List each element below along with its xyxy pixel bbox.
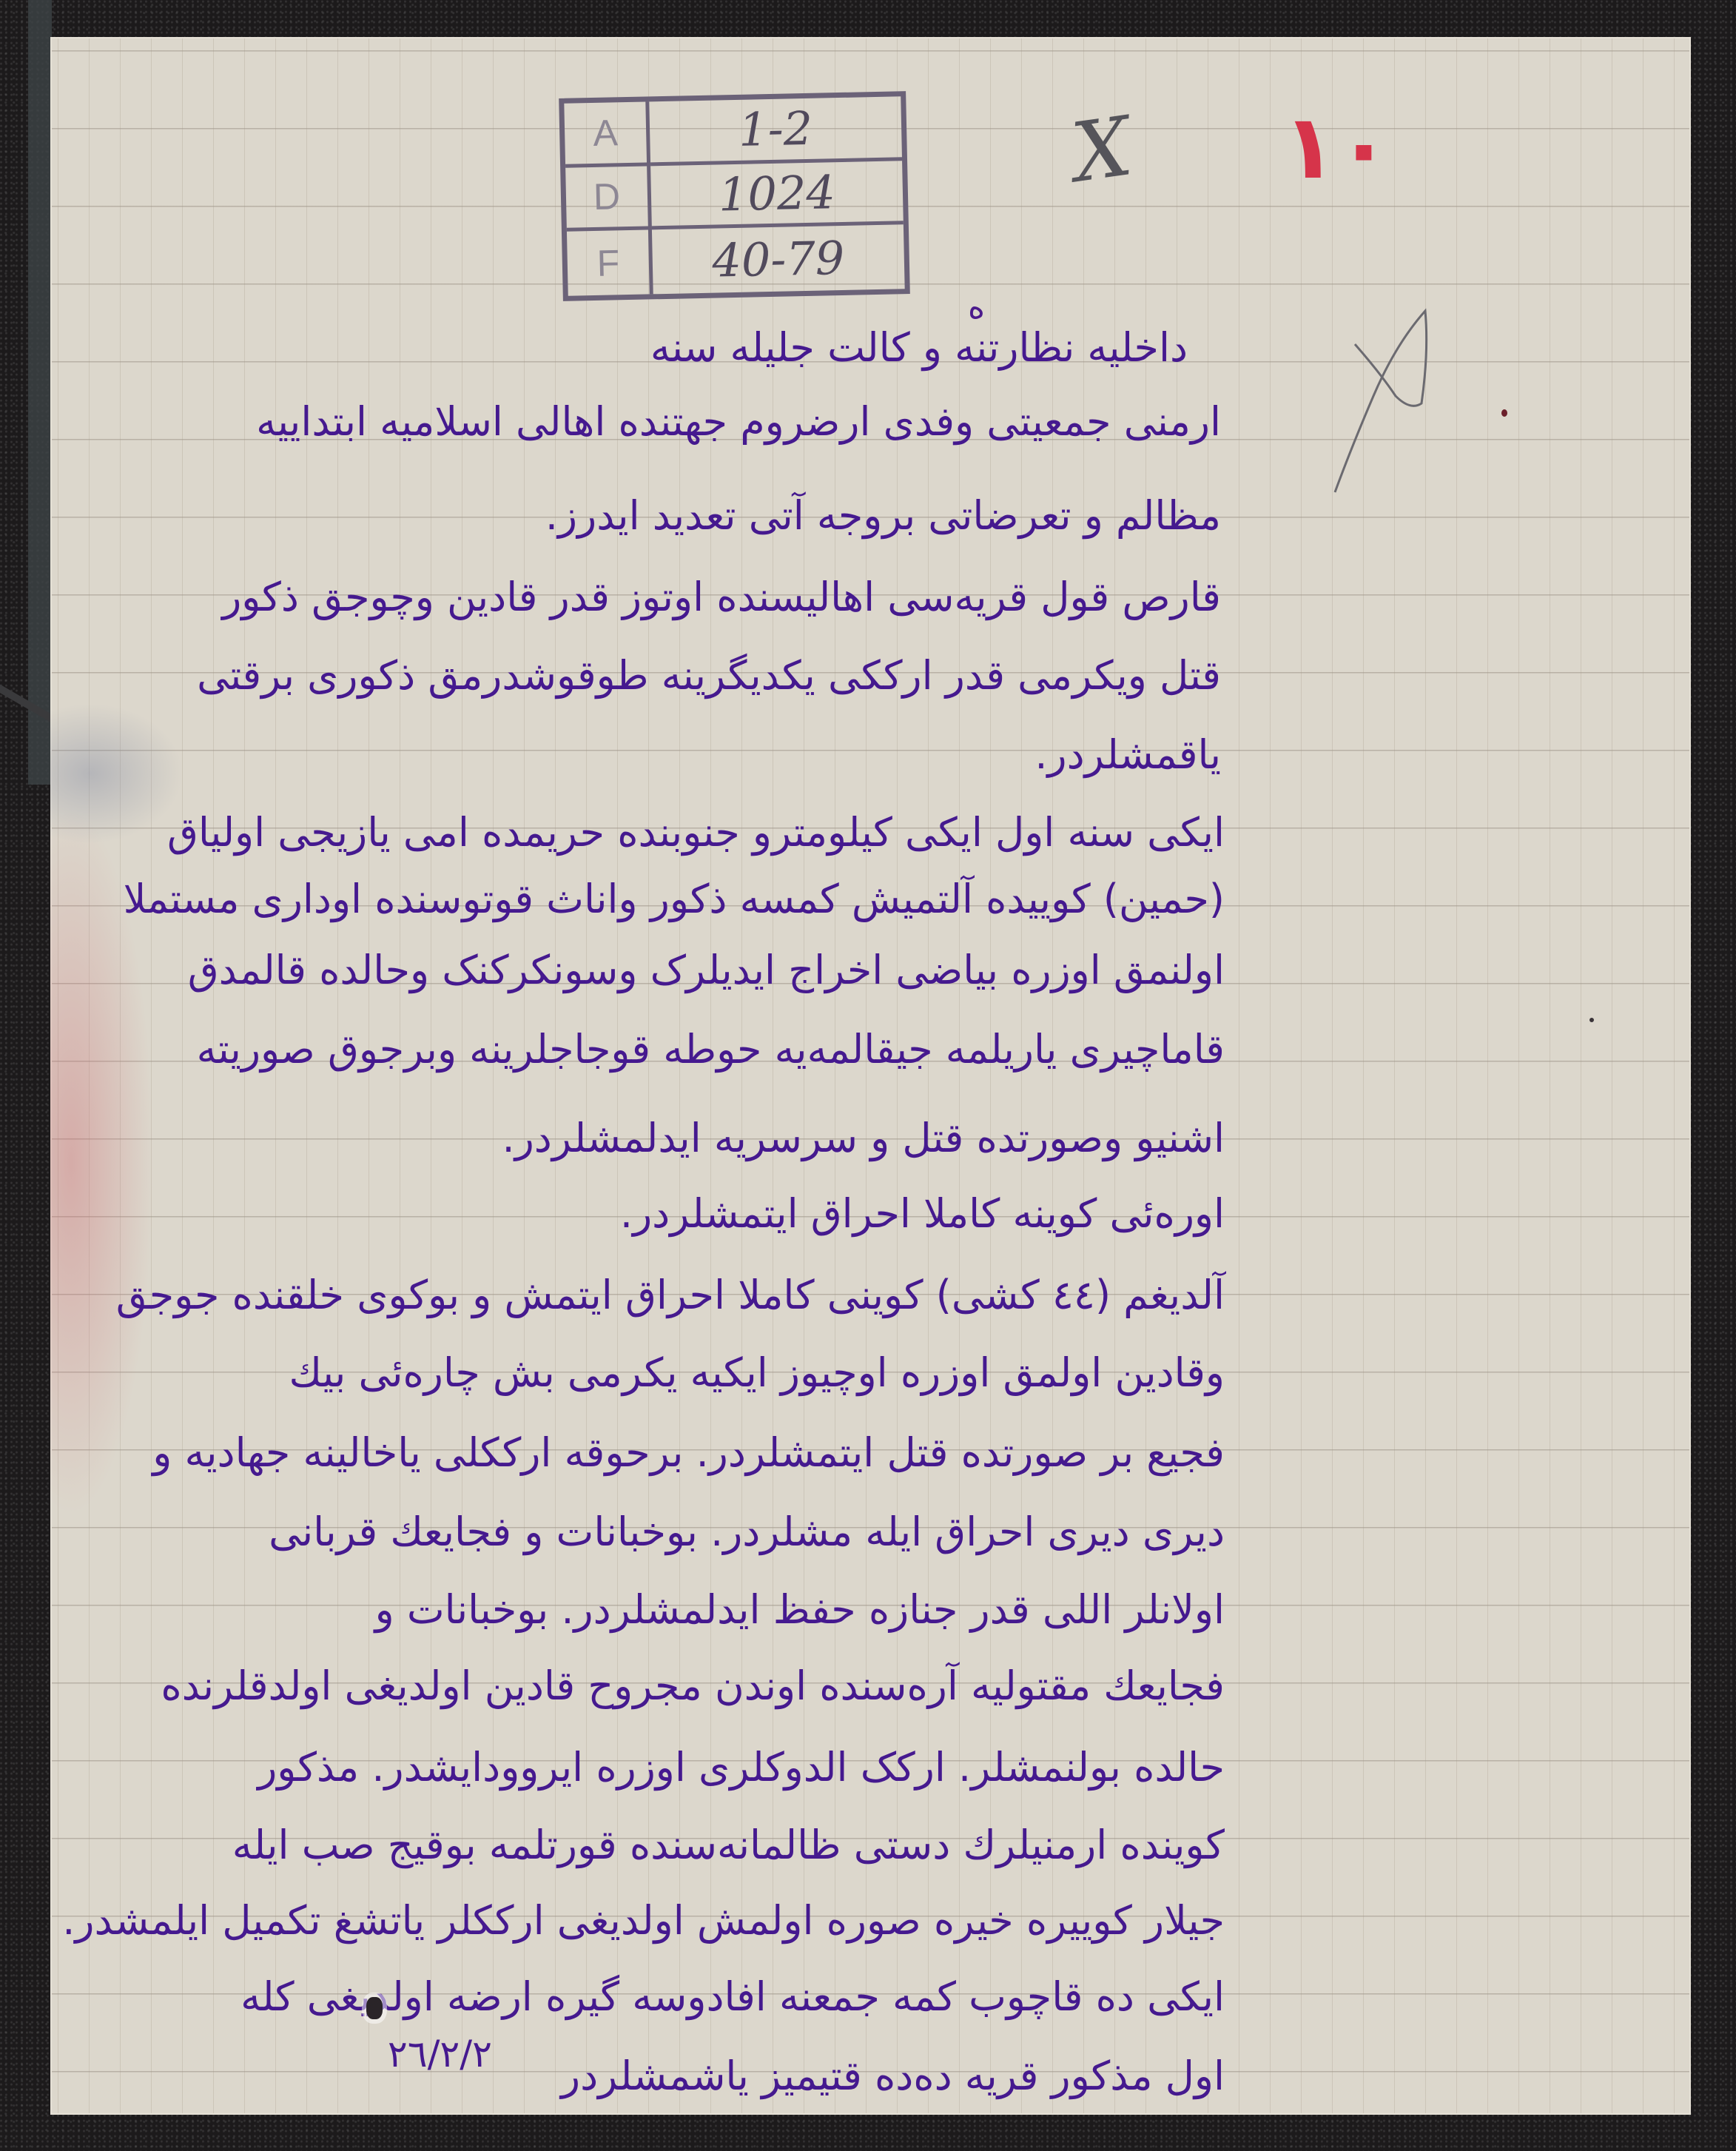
- item-4-line-11: اول مذکور قریه ده‌ده قتیمیز یاشمشلردر: [561, 2050, 1225, 2102]
- small-mark: ه: [968, 289, 985, 326]
- stamp-value-f: 40-79: [652, 225, 905, 295]
- stamp-value-d: 1024: [650, 161, 904, 230]
- item-4-line-5: اولانلر اللی قدر جنازه حفظ ایدلمشلردر. ب…: [375, 1584, 1225, 1636]
- item-2-line-3: اولنمق اوزره بیاضی اخراج ایدیلرک وسونکرک…: [188, 944, 1225, 996]
- item-1-line-3: یاقمشلردر.: [1034, 729, 1221, 781]
- document-date: ٢٦/٢/٢: [388, 2028, 492, 2080]
- item-2-line-4: قاماچیری یاریلمه جیقالمه‌یه حوطه قوجاجلر…: [197, 1024, 1225, 1075]
- stamp-value-a: 1-2: [649, 96, 902, 166]
- ink-dot: [1589, 1018, 1594, 1022]
- item-4-line-2: وقادین اولمق اوزره اوچیوز ایکیه یکرمی بش…: [289, 1347, 1225, 1399]
- item-4-line-6: فجایعك مقتولیه آره‌سنده اوندن مجروح قادی…: [161, 1660, 1225, 1712]
- salutation: داخلیه نظارتنه و کالت جلیله سنه: [650, 322, 1188, 374]
- intro-line-1: ارمنی جمعیتی وفدی ارضروم جهتنده اهالی اس…: [256, 396, 1221, 448]
- item-2-line-5: اشنیو وصورتده قتل و سرسریه ایدلمشلردر.: [502, 1113, 1225, 1164]
- pencil-x-mark: X: [1066, 98, 1137, 201]
- pencil-check-icon: [1329, 300, 1462, 500]
- item-4-line-9: جیلار کوییره خیره صوره اولمش اولدیغی ارک…: [62, 1895, 1225, 1947]
- item-2-line-1: ایکی سنه اول ایکی کیلومترو جنوبنده حریمد…: [167, 807, 1225, 859]
- ink-dot: [1501, 409, 1507, 417]
- item-4-line-8: کوینده ارمنیلرك دستی ظالمانه‌سنده قورتلم…: [232, 1819, 1225, 1871]
- item-1-line-2: قتل ویکرمی قدر ارککی یکدیگرینه طوقوشدرمق…: [197, 650, 1221, 702]
- document-page: A 1-2 D 1024 F 40-79 X ١٠ ه داخلیه نظارت…: [50, 37, 1691, 2115]
- item-3-line-1: اوره‌ئی کوینه کاملا احراق ایتمشلردر.: [620, 1188, 1225, 1240]
- item-2-line-2: (حمین) کوییده آلتمیش کمسه ذکور واناث قوت…: [124, 873, 1225, 925]
- stamp-key-a: A: [564, 101, 650, 167]
- item-4-line-3: فجیع بر صورتده قتل ایتمشلردر. برحوقه ارک…: [152, 1427, 1225, 1479]
- intro-line-2: مظالم و تعرضاتی بروجه آتی تعدید ایدرز.: [545, 490, 1221, 542]
- scanner-background-strip: [28, 0, 52, 785]
- item-4-line-7: حالده بولنمشلر. ارکک الدوکلری اوزره ایرو…: [258, 1742, 1225, 1793]
- archive-stamp: A 1-2 D 1024 F 40-79: [559, 91, 910, 301]
- item-4-line-1: آلدیغم (٤٤ کشی) کوینی کاملا احراق ایتمش …: [116, 1269, 1225, 1321]
- item-4-line-10: ایکی ده قاچوب کمه جمعنه افادوسه گیره ارض…: [240, 1971, 1225, 2023]
- red-folio-number: ١٠: [1282, 96, 1390, 199]
- stamp-key-d: D: [565, 166, 652, 232]
- item-4-line-4: دیری دیری احراق ایله مشلردر. بوخبانات و …: [269, 1506, 1225, 1558]
- item-1-line-1: قارص قول قریه‌سی اهالیسنده اوتوز قدر قاد…: [222, 571, 1221, 623]
- punch-hole: [366, 1997, 383, 2019]
- stamp-key-f: F: [567, 230, 653, 296]
